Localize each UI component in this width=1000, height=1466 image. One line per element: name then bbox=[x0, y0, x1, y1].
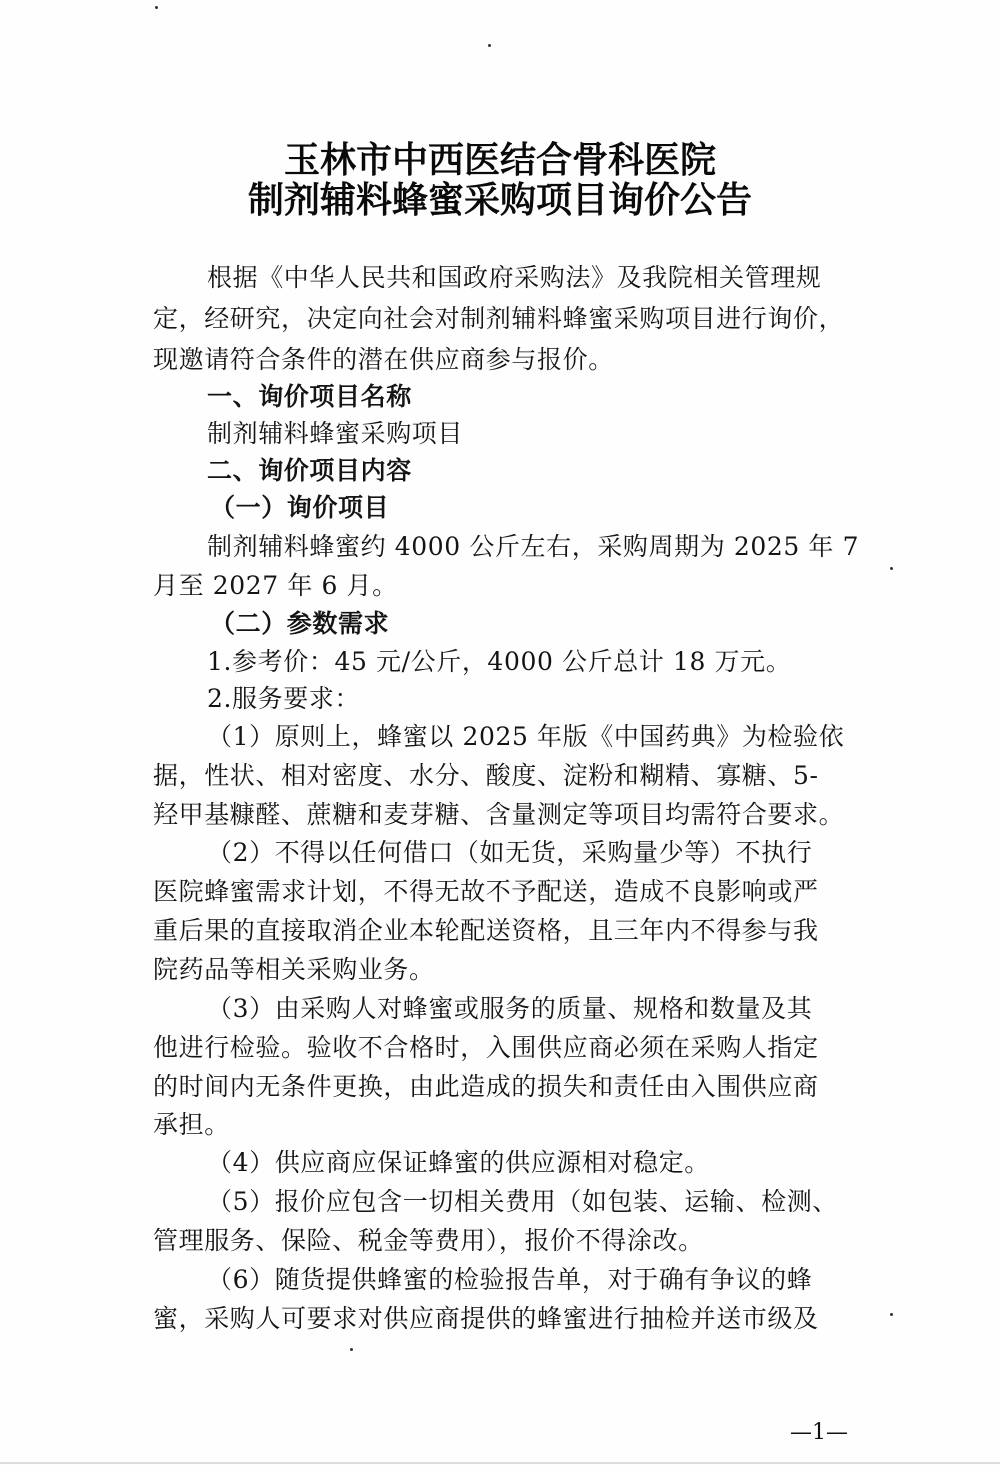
scan-speck bbox=[890, 1313, 893, 1316]
req1-line-3: 羟甲基糠醛、蔗糖和麦芽糖、含量测定等项目均需符合要求。 bbox=[153, 795, 844, 831]
section1-body: 制剂辅料蜂蜜采购项目 bbox=[207, 414, 463, 450]
scan-speck bbox=[155, 6, 158, 9]
sub1-body-line-2: 月至 2027 年 6 月。 bbox=[153, 566, 398, 602]
document-title-line2: 制剂辅料蜂蜜采购项目询价公告 bbox=[0, 172, 1000, 223]
scan-speck bbox=[890, 567, 893, 570]
req5-line-1: （5）报价应包含一切相关费用（如包装、运输、检测、 bbox=[207, 1182, 838, 1218]
section2-heading: 二、询价项目内容 bbox=[207, 451, 412, 487]
sub1-heading: （一）询价项目 bbox=[210, 488, 389, 524]
req1-line-2: 据，性状、相对密度、水分、酸度、淀粉和糊精、寡糖、5- bbox=[153, 756, 819, 792]
section1-heading: 一、询价项目名称 bbox=[207, 377, 412, 413]
req2-line-1: （2）不得以任何借口（如无货，采购量少等）不执行 bbox=[207, 833, 812, 869]
reference-price: 1.参考价：45 元/公斤，4000 公斤总计 18 万元。 bbox=[207, 642, 791, 678]
scan-speck bbox=[350, 1348, 353, 1351]
req3-line-2: 他进行检验。验收不合格时，入围供应商必须在采购人指定 bbox=[153, 1028, 819, 1064]
page-bottom-edge bbox=[0, 1462, 1000, 1464]
req3-line-3: 的时间内无条件更换，由此造成的损失和责任由入围供应商 bbox=[153, 1067, 819, 1103]
intro-line-3: 现邀请符合条件的潜在供应商参与报价。 bbox=[153, 340, 614, 376]
req5-line-2: 管理服务、保险、税金等费用），报价不得涂改。 bbox=[153, 1221, 704, 1257]
req6-line-1: （6）随货提供蜂蜜的检验报告单，对于确有争议的蜂 bbox=[207, 1260, 812, 1296]
req4: （4）供应商应保证蜂蜜的供应源相对稳定。 bbox=[207, 1143, 710, 1179]
page-number: —1— bbox=[790, 1420, 848, 1445]
document-page: 玉林市中西医结合骨科医院 制剂辅料蜂蜜采购项目询价公告 根据《中华人民共和国政府… bbox=[0, 0, 1000, 1466]
service-heading: 2.服务要求： bbox=[207, 679, 360, 715]
req3-line-1: （3）由采购人对蜂蜜或服务的质量、规格和数量及其 bbox=[207, 989, 812, 1025]
req2-line-2: 医院蜂蜜需求计划，不得无故不予配送，造成不良影响或严 bbox=[153, 872, 819, 908]
req1-line-1: （1）原则上，蜂蜜以 2025 年版《中国药典》为检验依 bbox=[207, 717, 844, 753]
req6-line-2: 蜜，采购人可要求对供应商提供的蜂蜜进行抽检并送市级及 bbox=[153, 1299, 819, 1335]
intro-line-1: 根据《中华人民共和国政府采购法》及我院相关管理规 bbox=[207, 258, 821, 294]
req2-line-4: 院药品等相关采购业务。 bbox=[153, 950, 435, 986]
req3-line-4: 承担。 bbox=[153, 1105, 230, 1141]
sub2-heading: （二）参数需求 bbox=[210, 604, 389, 640]
sub1-body-line-1: 制剂辅料蜂蜜约 4000 公斤左右，采购周期为 2025 年 7 bbox=[207, 527, 859, 563]
scan-speck bbox=[488, 44, 491, 47]
intro-line-2: 定，经研究，决定向社会对制剂辅料蜂蜜采购项目进行询价， bbox=[153, 299, 844, 335]
req2-line-3: 重后果的直接取消企业本轮配送资格，且三年内不得参与我 bbox=[153, 911, 819, 947]
